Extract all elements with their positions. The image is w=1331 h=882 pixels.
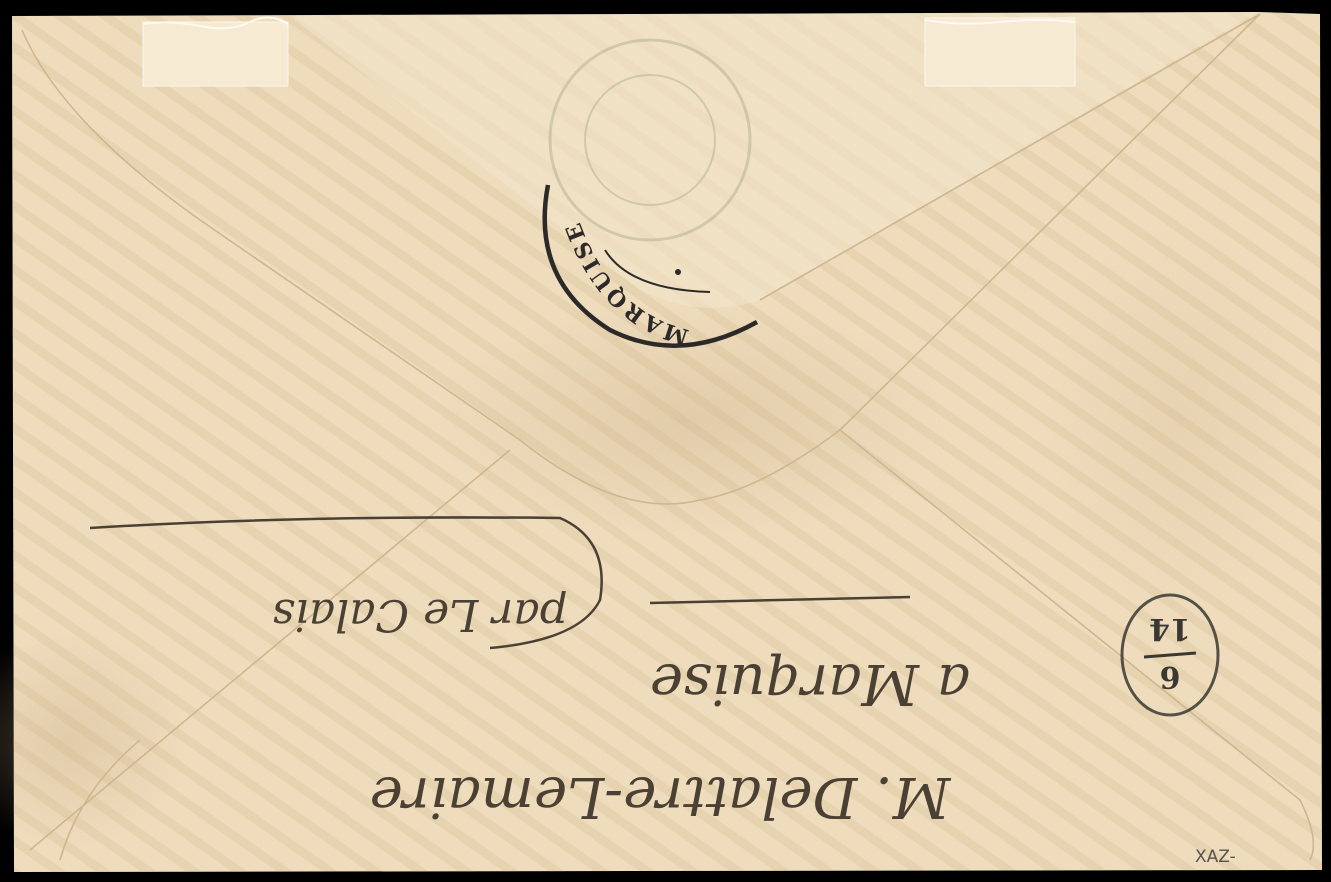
envelope bbox=[0, 12, 1322, 872]
envelope-photo: MARQUISE 6 14 par Le Calais a Marquise M… bbox=[0, 0, 1331, 882]
pencil-note: XAZ- bbox=[1195, 847, 1236, 867]
address-line-town: a Marquise bbox=[650, 651, 970, 716]
rate-top: 6 bbox=[1160, 659, 1181, 694]
address-line-route: par Le Calais bbox=[272, 589, 568, 640]
rate-bottom: 14 bbox=[1149, 611, 1191, 646]
hinge-remnant-left bbox=[143, 17, 288, 86]
hinge-remnant-right bbox=[925, 18, 1075, 86]
address-line-name: M. Delattre-Lemaire bbox=[370, 764, 952, 829]
